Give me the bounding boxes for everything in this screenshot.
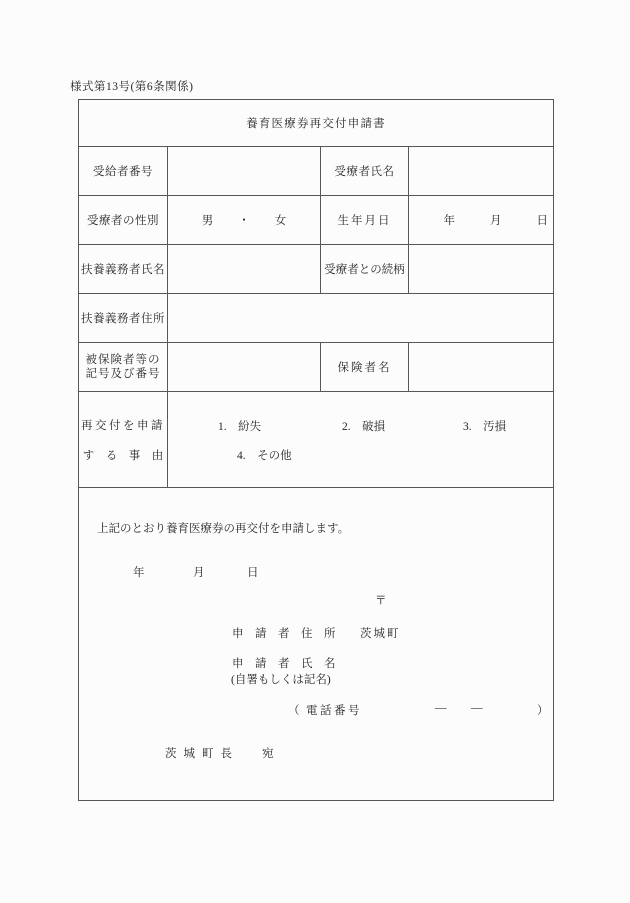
- reason-option-damaged[interactable]: 2. 破損: [342, 418, 385, 434]
- applicant-address-label: 申 請 者 住 所: [232, 625, 336, 641]
- patient-sex-field[interactable]: 男 ・ 女: [168, 196, 321, 245]
- guardian-address-label: 扶養義務者住所: [79, 294, 168, 343]
- declaration-text: 上記のとおり養育医療券の再交付を申請します。: [97, 520, 349, 536]
- birthdate-field[interactable]: 年 月 日: [409, 196, 554, 245]
- phone-dash: ―: [435, 702, 447, 714]
- birth-day-unit: 日: [537, 212, 549, 228]
- application-form-table: 養育医療券再交付申請書 受給者番号 受療者氏名 受療者の性別: [78, 99, 554, 801]
- phone-number-label: 電話番号: [306, 702, 362, 718]
- insured-symbol-number-field[interactable]: [168, 343, 321, 392]
- reason-option-lost[interactable]: 1. 紛失: [218, 418, 261, 434]
- reissue-reason-field[interactable]: 1. 紛失 2. 破損 3. 汚損 4. その他: [168, 392, 554, 488]
- date-day-unit: 日: [247, 564, 259, 580]
- guardian-name-field[interactable]: [168, 245, 321, 294]
- insurer-name-field[interactable]: [409, 343, 554, 392]
- sex-option-female[interactable]: 女: [275, 212, 287, 228]
- reason-option-other[interactable]: 4. その他: [237, 447, 292, 463]
- recipient-number-field[interactable]: [168, 147, 321, 196]
- birth-month-unit: 月: [490, 212, 502, 228]
- sex-option-male[interactable]: 男: [202, 212, 214, 228]
- relationship-label: 受療者との続柄: [321, 245, 409, 294]
- birth-year-unit: 年: [444, 212, 456, 228]
- table-row: 扶養義務者住所: [79, 294, 554, 343]
- table-row: 扶養義務者氏名 受療者との続柄: [79, 245, 554, 294]
- table-row: 再交付を申請 す る 事 由 1. 紛失 2. 破損 3. 汚損 4. その他: [79, 392, 554, 488]
- phone-close-paren: ）: [537, 702, 549, 718]
- date-month-unit: 月: [193, 564, 205, 580]
- patient-sex-label: 受療者の性別: [79, 196, 168, 245]
- form-title-text: 養育医療券再交付申請書: [246, 118, 386, 130]
- table-row: 受療者の性別 男 ・ 女 生年月日 年 月 日: [79, 196, 554, 245]
- patient-name-field[interactable]: [409, 147, 554, 196]
- birthdate-label: 生年月日: [321, 196, 409, 245]
- form-number: 様式第13号(第6条関係): [70, 78, 193, 94]
- addressee-name: 茨城町長: [165, 745, 239, 761]
- patient-name-label: 受療者氏名: [321, 147, 409, 196]
- reason-option-soiled[interactable]: 3. 汚損: [463, 418, 506, 434]
- applicant-name-note: (自署もしくは記名): [231, 671, 331, 687]
- applicant-address-value: 茨城町: [360, 625, 401, 641]
- recipient-number-label: 受給者番号: [79, 147, 168, 196]
- form-title: 養育医療券再交付申請書: [79, 100, 554, 147]
- table-row: 上記のとおり養育医療券の再交付を申請します。 年 月 日 〒 申 請 者 住 所…: [79, 488, 554, 801]
- guardian-name-label: 扶養義務者氏名: [79, 245, 168, 294]
- phone-dash: ―: [471, 702, 483, 714]
- insured-symbol-number-label: 被保険者等の 記号及び番号: [79, 343, 168, 392]
- insurer-name-label: 保険者名: [321, 343, 409, 392]
- date-year-unit: 年: [133, 564, 145, 580]
- guardian-address-field[interactable]: [168, 294, 554, 343]
- table-row: 受給者番号 受療者氏名: [79, 147, 554, 196]
- phone-open-paren: （: [288, 702, 300, 718]
- reissue-application-document: 様式第13号(第6条関係) 養育医療券再交付申請書 受給者番号 受療者氏名: [0, 0, 630, 903]
- applicant-name-label: 申 請 者 氏 名: [232, 655, 336, 671]
- application-footer-section: 上記のとおり養育医療券の再交付を申請します。 年 月 日 〒 申 請 者 住 所…: [79, 488, 554, 801]
- relationship-field[interactable]: [409, 245, 554, 294]
- postal-mark: 〒: [375, 592, 387, 608]
- table-row: 被保険者等の 記号及び番号 保険者名: [79, 343, 554, 392]
- reissue-reason-label: 再交付を申請 す る 事 由: [79, 392, 168, 488]
- addressee-suffix: 宛: [262, 745, 274, 761]
- sex-separator-dot: ・: [238, 212, 250, 228]
